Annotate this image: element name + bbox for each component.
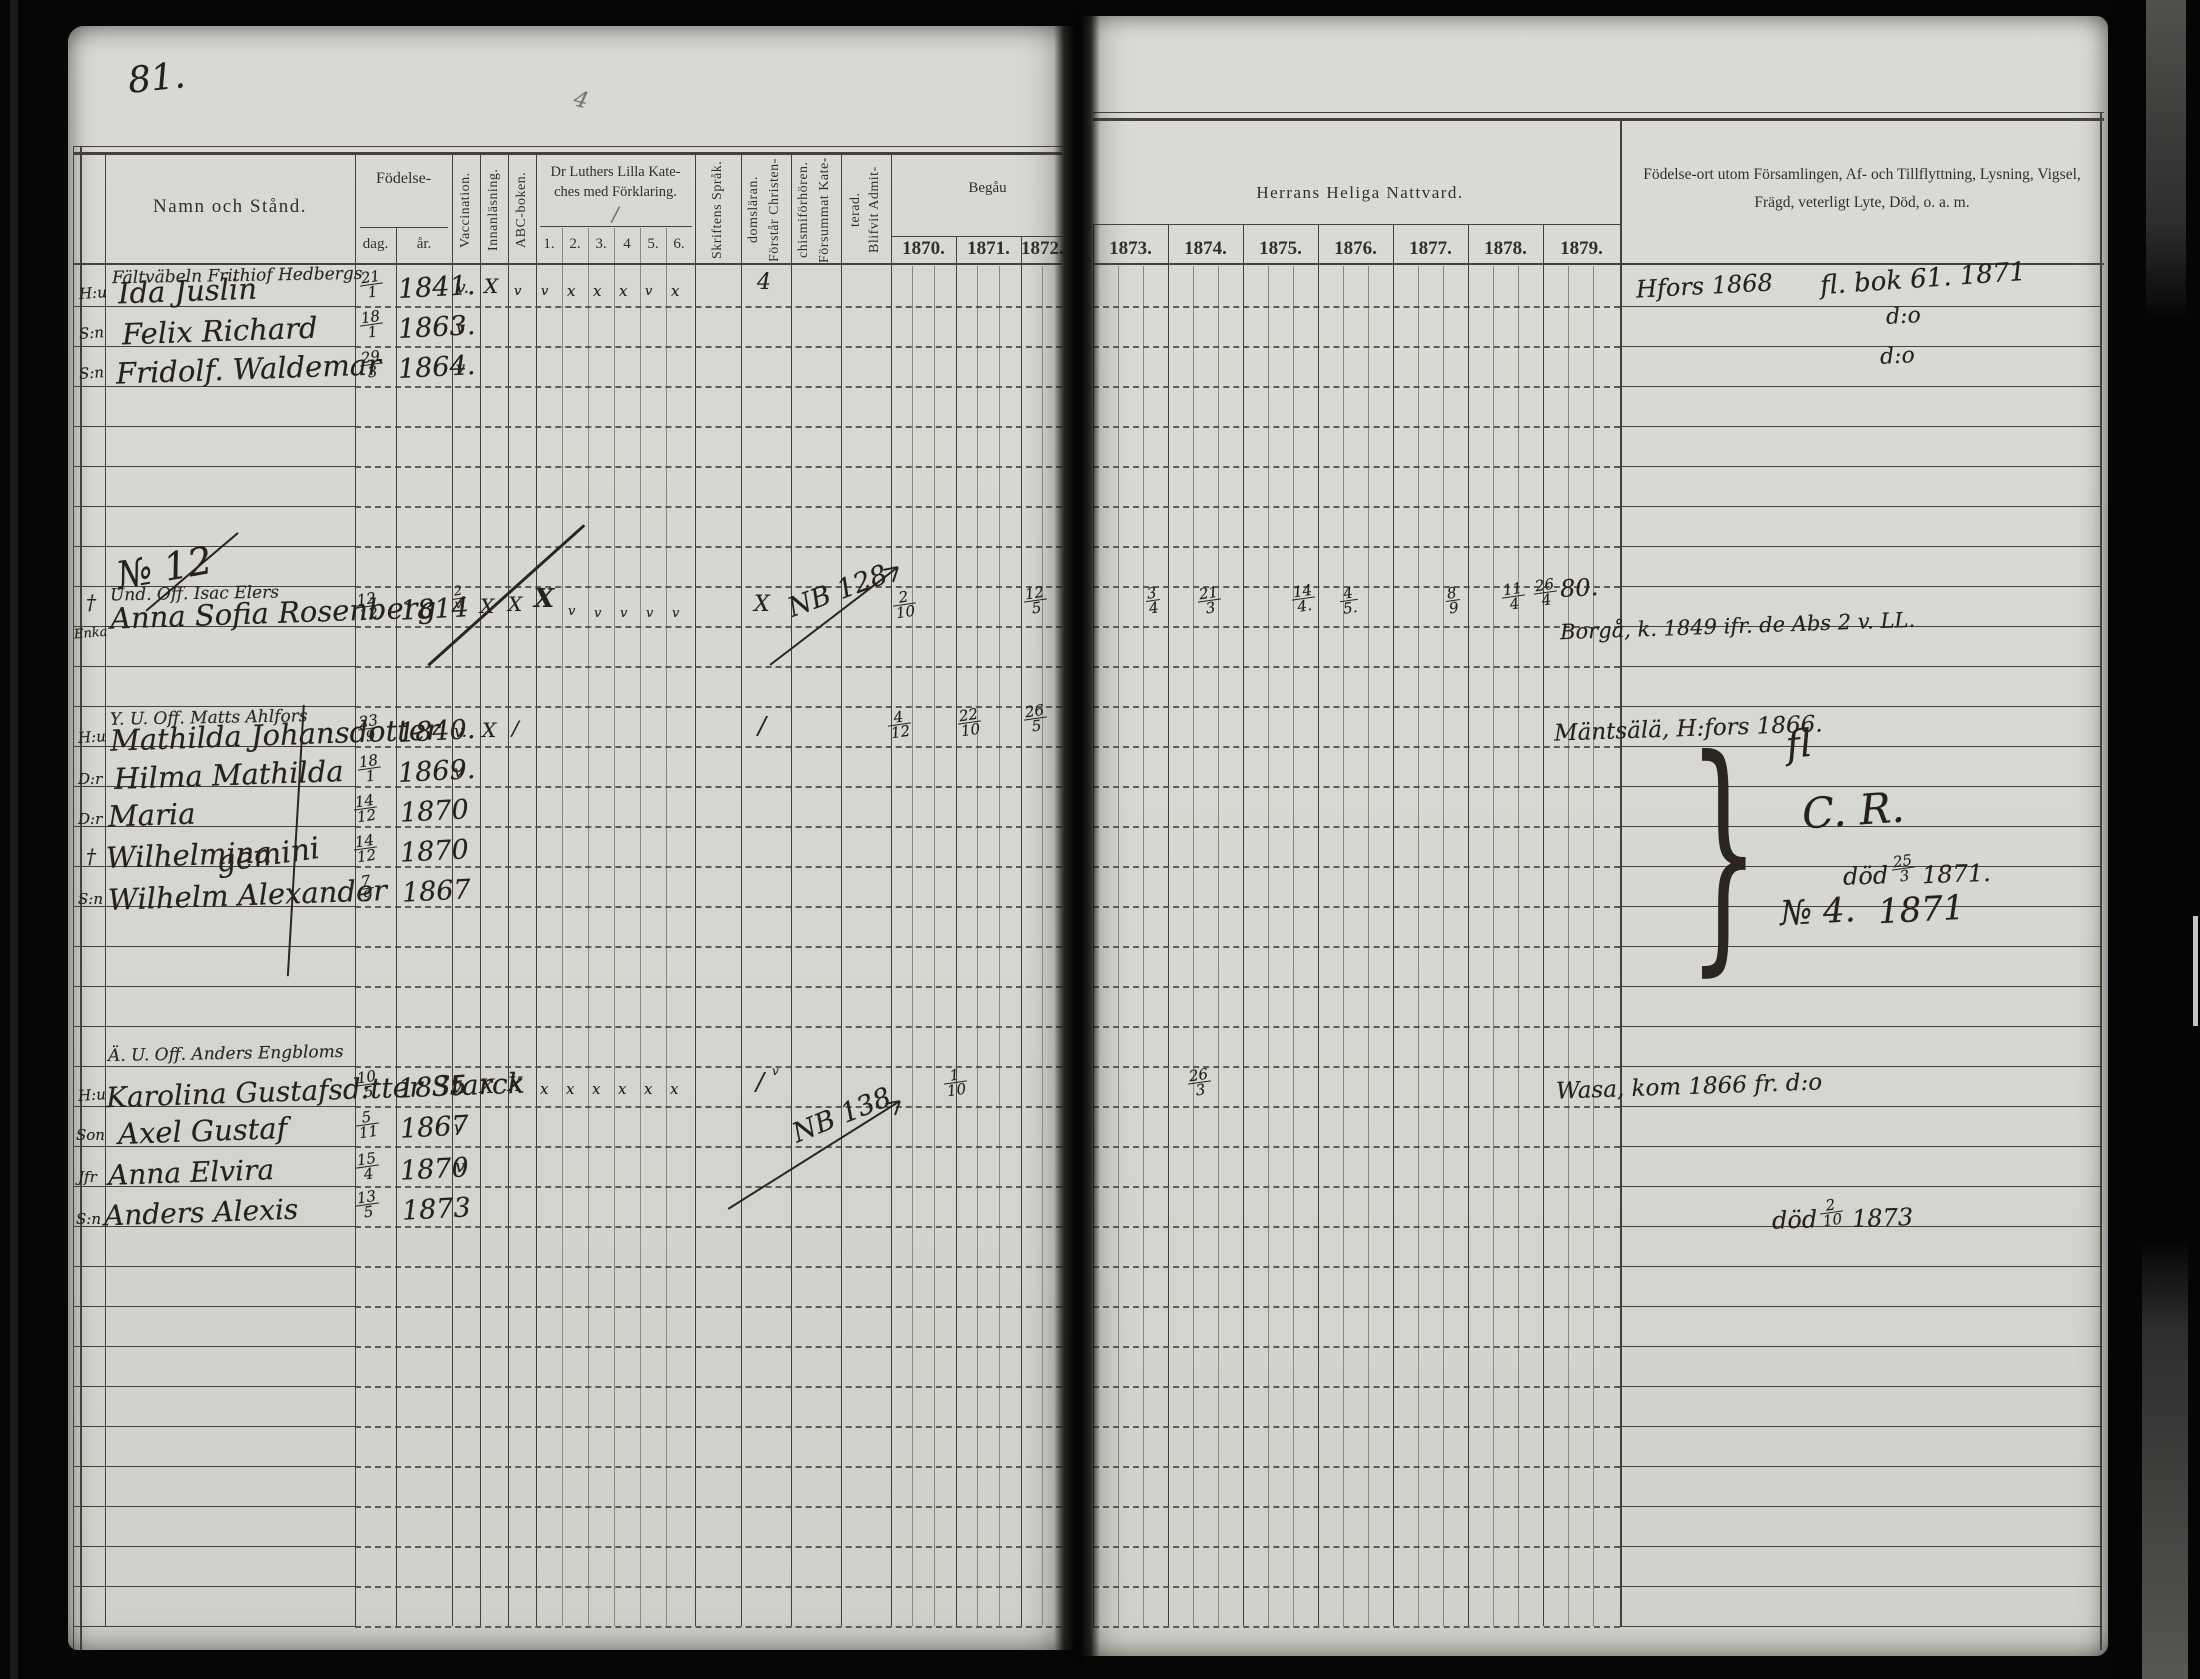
column-rule bbox=[73, 146, 74, 1650]
row-line bbox=[355, 1106, 1062, 1108]
mark: X bbox=[484, 274, 498, 298]
row-line bbox=[1093, 746, 1620, 748]
entry-name: Anders Alexis bbox=[103, 1193, 298, 1233]
row-line bbox=[355, 1586, 1062, 1588]
column-rule bbox=[791, 152, 792, 1626]
row-line bbox=[1093, 1426, 1620, 1428]
row-line bbox=[355, 746, 1062, 748]
year-header-1871: 1871. bbox=[956, 238, 1021, 260]
communion-date: 114 bbox=[1500, 581, 1527, 613]
mark: x bbox=[593, 282, 601, 300]
mark: X bbox=[534, 584, 554, 614]
row-line bbox=[355, 546, 1062, 548]
row-line bbox=[355, 1386, 1062, 1388]
mark: / bbox=[758, 712, 766, 740]
entry-name: Maria bbox=[107, 796, 196, 833]
row-line bbox=[1093, 1346, 1620, 1348]
mark: v bbox=[456, 318, 465, 337]
note: 80. bbox=[1559, 573, 1599, 603]
row-line bbox=[73, 1546, 355, 1547]
catechism-col-2: 2. bbox=[562, 236, 588, 253]
year-header-1879: 1879. bbox=[1543, 238, 1620, 260]
column-rule bbox=[1393, 225, 1394, 1626]
mark: x bbox=[644, 1080, 652, 1098]
header-rule bbox=[540, 226, 692, 227]
row-line bbox=[1093, 1506, 1620, 1508]
mark: v bbox=[620, 606, 627, 621]
margin-abbr: † bbox=[86, 590, 96, 614]
column-rule bbox=[105, 152, 106, 1626]
row-line bbox=[1620, 1106, 2100, 1107]
row-line bbox=[1093, 1186, 1620, 1188]
row-line bbox=[355, 1426, 1062, 1428]
birth-day: 1212 bbox=[354, 591, 381, 623]
death-note: död bbox=[1843, 861, 1889, 891]
catechism-line2: ches med Förklaring. bbox=[554, 184, 677, 200]
row-line bbox=[73, 1306, 355, 1307]
birth-day: 211 bbox=[358, 269, 385, 301]
row-line bbox=[1620, 386, 2100, 387]
row-line bbox=[1620, 1626, 2100, 1627]
column-rule bbox=[1543, 225, 1544, 1626]
mark: X bbox=[480, 1074, 494, 1098]
entry-name: Wilhelmina bbox=[105, 835, 272, 875]
row-line bbox=[1093, 1466, 1620, 1468]
catechism-col-5: 5. bbox=[640, 236, 666, 253]
mark: v. bbox=[454, 722, 467, 742]
communion-date: 125 bbox=[1022, 585, 1049, 617]
mark: X bbox=[482, 718, 496, 742]
row-line bbox=[355, 1506, 1062, 1508]
column-header-understands-line1: Förstår Christen- bbox=[765, 158, 785, 262]
check-mark: / bbox=[612, 202, 619, 226]
row-line bbox=[73, 1346, 355, 1347]
margin-abbr: H:u bbox=[77, 1085, 106, 1105]
row-line bbox=[73, 1586, 355, 1587]
row-line bbox=[355, 466, 1062, 468]
column-rule bbox=[741, 152, 742, 1626]
row-line bbox=[1093, 466, 1620, 468]
row-line bbox=[73, 1626, 355, 1627]
scan-sliver bbox=[2193, 916, 2198, 1026]
mark: X bbox=[508, 592, 522, 616]
note-ditto: d:o bbox=[1885, 303, 1921, 330]
column-rule bbox=[891, 152, 892, 1626]
column-rule bbox=[536, 152, 537, 1626]
catechism-col-1: 1. bbox=[536, 236, 562, 253]
row-line bbox=[1093, 386, 1620, 388]
column-rule bbox=[614, 228, 615, 1626]
header-rule bbox=[73, 263, 1062, 265]
row-line bbox=[355, 906, 1062, 908]
row-line bbox=[1620, 466, 2100, 467]
note: № 4. bbox=[1779, 890, 1856, 934]
header-rule bbox=[1093, 224, 1620, 225]
column-header-birth: Födelse- bbox=[357, 170, 450, 188]
mark: x bbox=[566, 1080, 574, 1098]
mark: x bbox=[619, 282, 627, 300]
mark: / bbox=[756, 1068, 764, 1096]
birth-year: 1869. bbox=[397, 754, 476, 789]
row-line bbox=[1093, 1386, 1620, 1388]
column-header-begun: Begåu bbox=[915, 180, 1060, 197]
column-rule bbox=[1168, 225, 1169, 1626]
book-gutter-shadow bbox=[1054, 10, 1100, 1666]
row-line bbox=[355, 1346, 1062, 1348]
margin-abbr: Son bbox=[76, 1126, 105, 1144]
row-line bbox=[355, 1026, 1062, 1028]
column-rule bbox=[2100, 112, 2102, 1650]
row-line bbox=[1093, 1586, 1620, 1588]
column-header-vaccination: Vaccination. bbox=[456, 158, 476, 262]
margin-abbr: Enka bbox=[73, 625, 108, 643]
column-rule bbox=[640, 228, 641, 1626]
signature: C. R. bbox=[1800, 782, 1905, 838]
header-rule bbox=[73, 152, 1062, 155]
year-header-1873: 1873. bbox=[1093, 238, 1168, 260]
row-line bbox=[1093, 786, 1620, 788]
scan-streak bbox=[2142, 1240, 2188, 1679]
entry-name: Felix Richard bbox=[121, 311, 318, 352]
family-header: Ä. U. Off. Anders Engbloms bbox=[108, 1042, 344, 1066]
margin-abbr: † bbox=[86, 844, 96, 868]
row-line bbox=[1620, 1306, 2100, 1307]
row-line bbox=[1620, 1546, 2100, 1547]
row-line bbox=[355, 1146, 1062, 1148]
birth-year: 1867 bbox=[401, 874, 471, 909]
row-line bbox=[1620, 1186, 2100, 1187]
margin-abbr: S:n bbox=[76, 1210, 101, 1228]
mark: x bbox=[592, 1080, 600, 1098]
birth-day: 154 bbox=[354, 1151, 381, 1183]
column-header-catechism: Dr Luthers Lilla Kate- ches med Förklari… bbox=[538, 162, 693, 203]
row-line bbox=[73, 1426, 355, 1427]
row-line bbox=[1093, 1266, 1620, 1268]
row-line bbox=[1093, 1066, 1620, 1068]
year-header-1877: 1877. bbox=[1393, 238, 1468, 260]
row-line bbox=[1620, 506, 2100, 507]
header-rule bbox=[1093, 118, 2104, 121]
scan-edge-left bbox=[10, 0, 18, 1679]
column-rule bbox=[695, 152, 696, 1626]
row-line bbox=[1093, 666, 1620, 668]
mark: x bbox=[540, 1080, 548, 1098]
row-line bbox=[73, 1266, 355, 1267]
catechism-col-4: 4 bbox=[614, 236, 640, 253]
row-line bbox=[1093, 546, 1620, 548]
column-rule bbox=[562, 228, 563, 1626]
row-line bbox=[73, 466, 355, 467]
mark: v bbox=[594, 606, 601, 621]
row-line bbox=[1620, 306, 2100, 307]
row-line bbox=[355, 826, 1062, 828]
communion-date: 264 bbox=[1532, 577, 1559, 609]
column-rule bbox=[1021, 237, 1022, 1626]
mark: v bbox=[645, 284, 652, 299]
row-line bbox=[73, 1506, 355, 1507]
row-line bbox=[1093, 1626, 1620, 1628]
column-header-understands-line2: domsläran. bbox=[744, 158, 764, 262]
year-header-1878: 1878. bbox=[1468, 238, 1543, 260]
brace-mark: } bbox=[1688, 706, 1760, 997]
birth-day: 1412 bbox=[352, 833, 379, 865]
margin-abbr: Jfr bbox=[78, 1168, 97, 1186]
column-rule bbox=[956, 237, 957, 1626]
death-note: död bbox=[1772, 1205, 1818, 1235]
row-line bbox=[1093, 306, 1620, 308]
column-header-admitted-line1: Blifvit Admit- bbox=[865, 158, 885, 262]
birth-day: 293 bbox=[358, 349, 385, 381]
death-date: 210 bbox=[1818, 1197, 1845, 1229]
row-line bbox=[355, 506, 1062, 508]
row-line bbox=[355, 666, 1062, 668]
birth-day: 181 bbox=[358, 309, 385, 341]
row-line bbox=[73, 666, 355, 667]
row-line bbox=[1093, 506, 1620, 508]
row-line bbox=[355, 866, 1062, 868]
communion-date: 45. bbox=[1338, 585, 1360, 617]
row-line bbox=[355, 386, 1062, 388]
row-line bbox=[1093, 626, 1620, 628]
row-line bbox=[1620, 346, 2100, 347]
column-header-reading: Innanläsning. bbox=[484, 158, 504, 262]
mark: x bbox=[671, 282, 679, 300]
row-line bbox=[73, 1026, 355, 1027]
margin-abbr: D:r bbox=[78, 770, 102, 788]
mark: v bbox=[454, 762, 463, 781]
column-rule bbox=[1620, 118, 1622, 1626]
entry-name: Axel Gustaf bbox=[117, 1111, 287, 1151]
communion-date: 110 bbox=[942, 1067, 969, 1099]
margin-abbr: S:n bbox=[78, 890, 103, 908]
row-line bbox=[73, 1066, 355, 1067]
column-rule bbox=[1243, 225, 1244, 1626]
note: fl bbox=[1784, 721, 1814, 767]
row-line bbox=[1093, 346, 1620, 348]
row-line bbox=[355, 946, 1062, 948]
entry-name: Ida Juslin bbox=[117, 272, 257, 311]
note-ditto: d:o bbox=[1879, 343, 1915, 370]
note: 1871 bbox=[1877, 888, 1966, 932]
row-line bbox=[1093, 426, 1620, 428]
row-line bbox=[355, 1266, 1062, 1268]
communion-date: 263 bbox=[1186, 1067, 1213, 1099]
header-rule bbox=[360, 227, 448, 228]
mark: x bbox=[567, 282, 575, 300]
mark: v bbox=[454, 1118, 463, 1137]
catechism-line1: Dr Luthers Lilla Kate- bbox=[550, 164, 680, 180]
communion-date: 2210 bbox=[956, 707, 983, 739]
notes-column-header-line2: Frägd, veterligt Lyte, Död, o. a. m. bbox=[1628, 194, 2096, 212]
row-line bbox=[1093, 1546, 1620, 1548]
row-line bbox=[1620, 426, 2100, 427]
birth-year: 1870 bbox=[399, 834, 469, 869]
year-header-1870: 1870. bbox=[891, 238, 956, 260]
row-line bbox=[73, 1466, 355, 1467]
column-header-abc-book: ABC-boken. bbox=[512, 158, 532, 262]
mark: v bbox=[455, 1156, 465, 1177]
column-header-name: Namn och Stånd. bbox=[107, 196, 353, 218]
admitted-date: 412 bbox=[886, 709, 913, 741]
row-line bbox=[1093, 1146, 1620, 1148]
row-line bbox=[73, 986, 355, 987]
row-line bbox=[73, 506, 355, 507]
column-rule bbox=[588, 228, 589, 1626]
row-line bbox=[1620, 1386, 2100, 1387]
birth-day: 181 bbox=[356, 753, 383, 785]
birth-day: 511 bbox=[354, 1109, 381, 1141]
row-line bbox=[1620, 1026, 2100, 1027]
row-line bbox=[1620, 586, 2100, 587]
row-line bbox=[355, 1186, 1062, 1188]
year-header-1874: 1874. bbox=[1168, 238, 1243, 260]
row-line bbox=[1620, 1466, 2100, 1467]
mark: X bbox=[754, 592, 770, 617]
row-line bbox=[355, 1226, 1062, 1228]
death-note: 1873 bbox=[1852, 1203, 1914, 1233]
birth-day: 135 bbox=[354, 1189, 381, 1221]
row-line bbox=[1620, 546, 2100, 547]
mark: 4 bbox=[757, 270, 771, 295]
margin-abbr: D:r bbox=[78, 810, 102, 828]
margin-abbr: H:u bbox=[78, 283, 107, 303]
row-line bbox=[355, 786, 1062, 788]
birth-day: 239 bbox=[356, 713, 383, 745]
row-line bbox=[73, 426, 355, 427]
mark: v. bbox=[456, 278, 469, 298]
catechism-col-3: 3. bbox=[588, 236, 614, 253]
notes-column-header-line1: Födelse-ort utom Församlingen, Af- och T… bbox=[1628, 166, 2096, 184]
birth-year: 1873 bbox=[401, 1192, 471, 1227]
mark: v bbox=[672, 606, 679, 621]
row-line bbox=[73, 946, 355, 947]
row-line bbox=[1093, 986, 1620, 988]
entry-name: Anna Elvira bbox=[107, 1153, 274, 1192]
column-header-birth-year: år. bbox=[396, 236, 452, 253]
communion-date: 265 bbox=[1022, 703, 1049, 735]
column-header-missed-line2: chismiförhören. bbox=[794, 158, 814, 262]
row-line bbox=[1093, 826, 1620, 828]
column-rule bbox=[1318, 225, 1319, 1626]
row-line bbox=[1620, 1586, 2100, 1587]
communion-date: 144. bbox=[1290, 583, 1317, 615]
row-line bbox=[1620, 1426, 2100, 1427]
row-line bbox=[1093, 1026, 1620, 1028]
row-line bbox=[355, 1466, 1062, 1468]
row-line bbox=[1620, 666, 2100, 667]
column-rule bbox=[841, 152, 842, 1626]
row-line bbox=[1093, 866, 1620, 868]
mark: v bbox=[772, 1064, 779, 1078]
column-header-admitted-line2: terad. bbox=[846, 158, 866, 262]
row-line bbox=[1093, 1226, 1620, 1228]
row-line bbox=[1620, 1266, 2100, 1267]
row-line bbox=[1620, 1506, 2100, 1507]
mark: v. bbox=[452, 1078, 465, 1098]
scanned-register-page: Namn och Stånd. Födelse- dag. år. Vaccin… bbox=[0, 0, 2200, 1679]
row-line bbox=[355, 1546, 1062, 1548]
column-rule bbox=[480, 152, 481, 1626]
row-line bbox=[1093, 946, 1620, 948]
scan-stre bbox=[2146, 0, 2186, 320]
margin-abbr: H:u bbox=[77, 727, 106, 747]
margin-abbr: S:n bbox=[78, 323, 104, 343]
mark: x bbox=[618, 1080, 626, 1098]
mark: v bbox=[568, 604, 575, 619]
row-line bbox=[355, 986, 1062, 988]
row-line bbox=[1093, 1306, 1620, 1308]
page-number: 81. bbox=[126, 55, 187, 102]
mark: x bbox=[670, 1080, 678, 1098]
year-header-1876: 1876. bbox=[1318, 238, 1393, 260]
row-line bbox=[355, 706, 1062, 708]
mark: v bbox=[646, 606, 653, 621]
communion-title: Herrans Heliga Nattvard. bbox=[1100, 183, 1620, 203]
row-line bbox=[1620, 1146, 2100, 1147]
death-date: 253 bbox=[1890, 853, 1917, 885]
birth-day: 105 bbox=[354, 1069, 381, 1101]
row-line bbox=[355, 426, 1062, 428]
mark: v bbox=[541, 284, 548, 299]
row-line bbox=[355, 1626, 1062, 1628]
header-rule bbox=[1093, 112, 2104, 113]
mark: v bbox=[514, 284, 521, 299]
row-line bbox=[355, 1306, 1062, 1308]
communion-date: 210 bbox=[891, 589, 918, 621]
column-rule bbox=[396, 228, 397, 1626]
row-line bbox=[73, 546, 355, 547]
column-rule bbox=[1468, 225, 1469, 1626]
row-line bbox=[73, 1386, 355, 1387]
row-line bbox=[1093, 706, 1620, 708]
row-line bbox=[355, 626, 1062, 628]
mark: X bbox=[508, 1072, 522, 1096]
row-line bbox=[1093, 906, 1620, 908]
mark: v bbox=[456, 358, 465, 377]
mark: / bbox=[512, 716, 519, 740]
column-header-scripture-language: Skriftens Språk. bbox=[708, 158, 728, 262]
header-rule bbox=[73, 146, 1062, 147]
birth-year: 1870 bbox=[399, 794, 469, 829]
communion-date: 213 bbox=[1196, 585, 1223, 617]
birth-day: 1412 bbox=[352, 793, 379, 825]
column-header-missed-line1: Försummat Kate- bbox=[815, 158, 835, 262]
column-rule bbox=[666, 228, 667, 1626]
catechism-col-6: 6. bbox=[666, 236, 692, 253]
year-header-1875: 1875. bbox=[1243, 238, 1318, 260]
row-line bbox=[355, 346, 1062, 348]
row-line bbox=[355, 306, 1062, 308]
row-line bbox=[1620, 1066, 2100, 1067]
column-header-birth-day: dag. bbox=[355, 236, 396, 253]
row-line bbox=[1093, 1106, 1620, 1108]
death-note: 1871. bbox=[1922, 859, 1992, 889]
row-line bbox=[1620, 1346, 2100, 1347]
margin-abbr: S:n bbox=[78, 363, 104, 383]
column-rule bbox=[508, 152, 509, 1626]
